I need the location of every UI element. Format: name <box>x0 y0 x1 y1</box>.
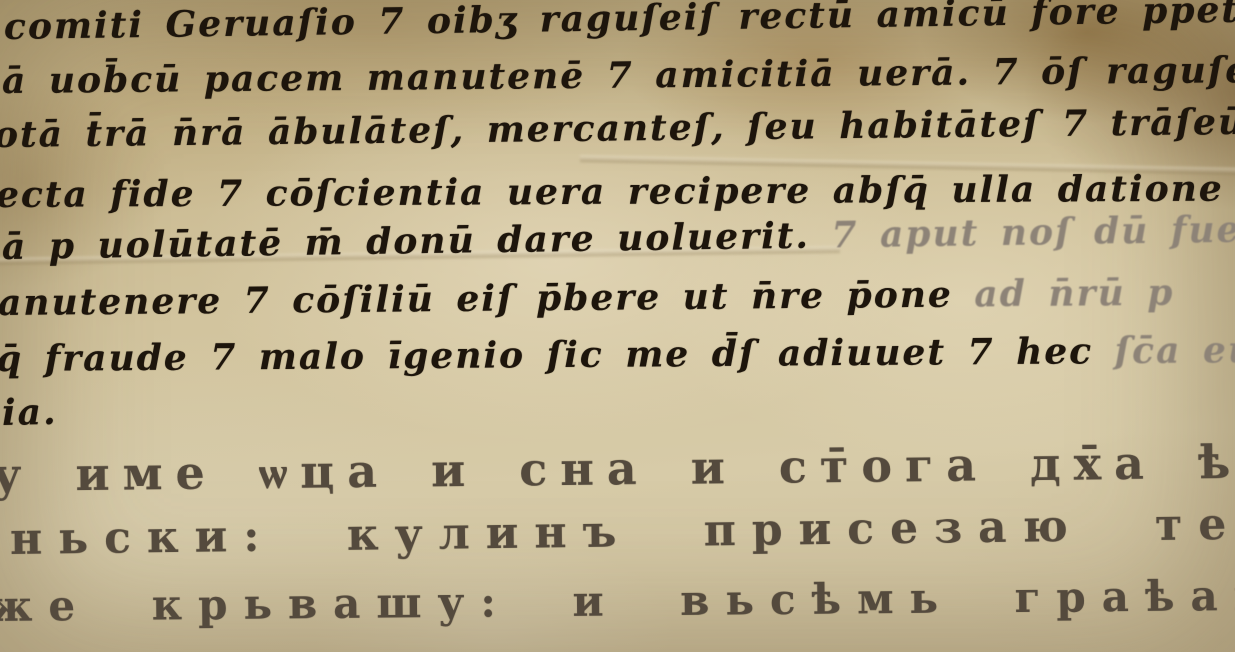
latin-line-6-faded-text: ad n̄rū p <box>974 272 1174 316</box>
cyrillic-line-3: же крьвашу: и вьсѣмь граѣам <box>0 571 1235 631</box>
latin-line-4: ecta fide 7 cōſcientia uera recipere abſ… <box>0 167 1235 216</box>
latin-line-5-faded-text: 7 aput noſ dū fuerī <box>831 208 1235 256</box>
latin-line-5-text: ā p uolūtatē m̄ donū dare uoluerit. <box>2 214 832 268</box>
latin-line-3-text: otā t̄rā n̄rā ābulāteſ, mercanteſ, ſeu h… <box>0 101 1235 156</box>
latin-line-6: anutenere 7 cōſiliū eiſ p̄bere ut n̄re p… <box>0 272 1175 324</box>
latin-line-5: ā p uolūtatē m̄ donū dare uoluerit. 7 ap… <box>2 208 1235 268</box>
latin-line-6-text: anutenere 7 cōſiliū eiſ p̄bere ut n̄re p… <box>0 273 975 324</box>
latin-line-1: comiti Geruaſio 7 oibʒ raguſeiſ rectū am… <box>4 0 1235 48</box>
latin-line-2: ā uob̄cū pacem manutenē 7 amicitiā uerā.… <box>2 48 1235 102</box>
latin-line-3: otā t̄rā n̄rā ābulāteſ, mercanteſ, ſeu h… <box>0 101 1235 156</box>
latin-line-2-text: ā uob̄cū pacem manutenē 7 amicitiā uerā.… <box>2 48 1235 102</box>
latin-line-7-faded-text: ſc̄a euāg <box>1114 329 1235 372</box>
latin-line-8-text: ia. <box>2 391 58 434</box>
manuscript-photo: comiti Geruaſio 7 oibʒ raguſeiſ rectū am… <box>0 0 1235 652</box>
cyrillic-line-1: у име ѡца и сна и ст̄ога дх̄а ѣ бан <box>0 433 1235 502</box>
latin-line-7: q̄ fraude 7 malo īgenio ſic me d̄ſ adiuu… <box>0 329 1235 380</box>
latin-line-1-text: comiti Geruaſio 7 oibʒ raguſeiſ rectū am… <box>4 0 1235 48</box>
latin-line-8: ia. <box>2 391 58 434</box>
latin-line-7-text: q̄ fraude 7 malo īgenio ſic me d̄ſ adiuu… <box>0 330 1115 380</box>
cyrillic-line-2: ньски: кулинъ присезаю тебѣ кне <box>10 495 1235 565</box>
latin-line-4-text: ecta fide 7 cōſcientia uera recipere abſ… <box>0 167 1235 216</box>
